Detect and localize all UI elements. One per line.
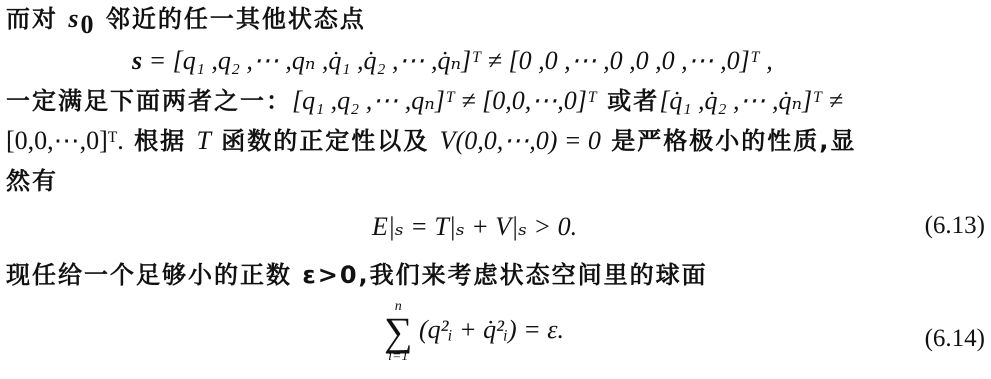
equation-number-6-14: (6.14) — [925, 325, 985, 353]
equation-number-6-13: (6.13) — [925, 212, 985, 240]
text: 然有 — [6, 167, 58, 195]
paragraph-line-1: 而对 s0 邻近的任一其他状态点 — [6, 4, 366, 40]
paragraph-line-4: 然有 — [6, 166, 58, 196]
inline-math: [q₁ ,q₂ ,⋯ ,qₙ]ᵀ ≠ [0,0,⋯,0]ᵀ — [292, 86, 597, 115]
equation-6-13: E|ₛ = T|ₛ + V|ₛ > 0. — [372, 212, 577, 242]
text: 或者 — [597, 87, 659, 115]
text: 是严格极小的性质,显 — [601, 127, 856, 155]
inline-math: V(0,0,⋯,0) = 0 — [440, 126, 601, 155]
inline-math: [0,0,⋯,0]ᵀ. — [6, 126, 124, 155]
paragraph-line-2: 一定满足下面两者之一：[q₁ ,q₂ ,⋯ ,qₙ]ᵀ ≠ [0,0,⋯,0]ᵀ… — [6, 86, 843, 116]
summation: n ∑ i=1 — [384, 300, 413, 364]
text: 邻近的任一其他状态点 — [95, 5, 365, 33]
text: 现任给一个足够小的正数 ε>0,我们来考虑状态空间里的球面 — [6, 261, 708, 289]
inline-math: T — [196, 126, 210, 155]
equation-body: (q²ᵢ + q̇²ᵢ) = ε. — [419, 315, 564, 344]
equation-body: = [q₁ ,q₂ ,⋯ ,qₙ ,q̇₁ ,q̇₂ ,⋯ ,q̇ₙ]ᵀ ≠ [… — [149, 46, 773, 75]
subscript: 0 — [80, 10, 95, 39]
sigma-symbol: ∑ — [384, 314, 413, 350]
text: 根据 — [124, 127, 197, 155]
paragraph-line-3: [0,0,⋯,0]ᵀ. 根据 T 函数的正定性以及 V(0,0,⋯,0) = 0… — [6, 126, 856, 156]
math-symbol-s: s — [68, 4, 80, 33]
inline-math: [q̇₁ ,q̇₂ ,⋯ ,q̇ₙ]ᵀ ≠ — [659, 86, 843, 115]
equation-6-14: n ∑ i=1 (q²ᵢ + q̇²ᵢ) = ε. — [384, 300, 564, 364]
text: 一定满足下面两者之一： — [6, 87, 292, 115]
equation-body: E|ₛ = T|ₛ + V|ₛ > 0. — [372, 212, 577, 241]
sum-lower-limit: i=1 — [384, 350, 413, 364]
text: 而对 — [6, 5, 68, 33]
math-symbol-s: s — [132, 46, 142, 75]
paragraph-line-5: 现任给一个足够小的正数 ε>0,我们来考虑状态空间里的球面 — [6, 260, 708, 290]
text: 函数的正定性以及 — [211, 127, 440, 155]
equation-state-vector: s = [q₁ ,q₂ ,⋯ ,qₙ ,q̇₁ ,q̇₂ ,⋯ ,q̇ₙ]ᵀ ≠… — [132, 46, 773, 76]
